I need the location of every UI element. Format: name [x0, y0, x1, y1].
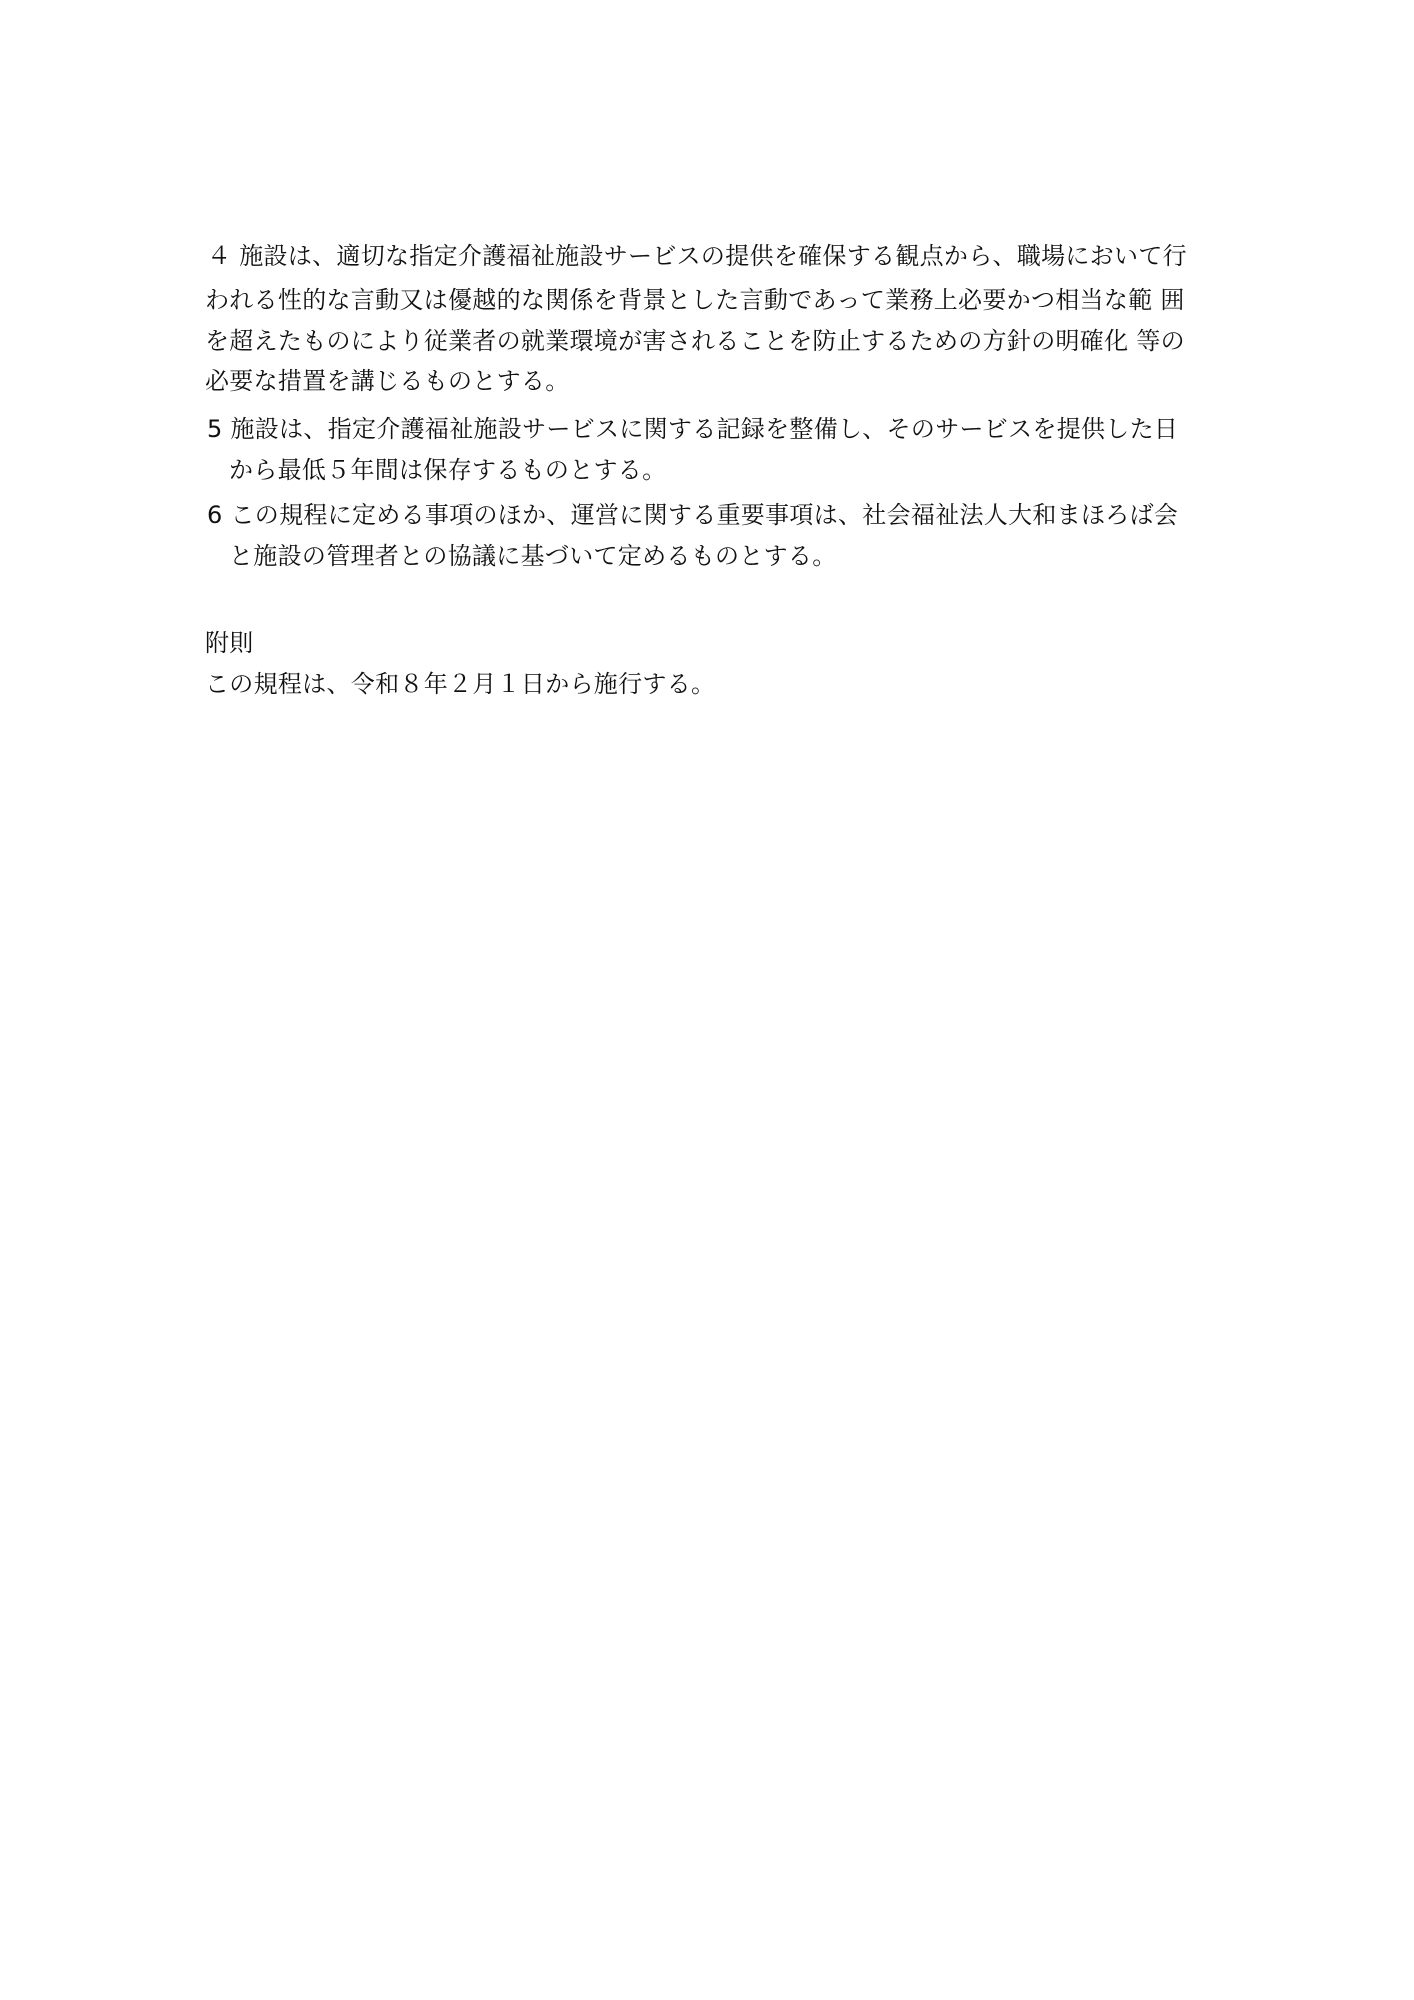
clause-4-line-2: われる性的な言動又は優越的な関係を背景とした言動であって業務上必要かつ相当な範 … — [205, 285, 1185, 315]
supplementary-text: この規程は、令和８年２月１日から施行する。 — [205, 669, 715, 699]
clause-5-line-1: 5 施設は、指定介護福祉施設サービスに関する記録を整備し、そのサービスを提供した… — [207, 414, 1178, 444]
document-page: ４ 施設は、適切な指定介護福祉施設サービスの提供を確保する観点から、職場において… — [0, 0, 1414, 2000]
clause-4-line-1: ４ 施設は、適切な指定介護福祉施設サービスの提供を確保する観点から、職場において… — [207, 241, 1187, 271]
clause-4-line-4: 必要な措置を講じるものとする。 — [205, 366, 570, 396]
clause-4-line-3: を超えたものにより従業者の就業環境が害されることを防止するための方針の明確化 等… — [205, 326, 1185, 356]
clause-5-line-2: から最低５年間は保存するものとする。 — [229, 455, 666, 485]
clause-6-line-1: 6 この規程に定める事項のほか、運営に関する重要事項は、社会福祉法人大和まほろば… — [207, 500, 1178, 530]
supplementary-heading: 附則 — [205, 628, 254, 658]
clause-6-line-2: と施設の管理者との協議に基づいて定めるものとする。 — [229, 541, 837, 571]
